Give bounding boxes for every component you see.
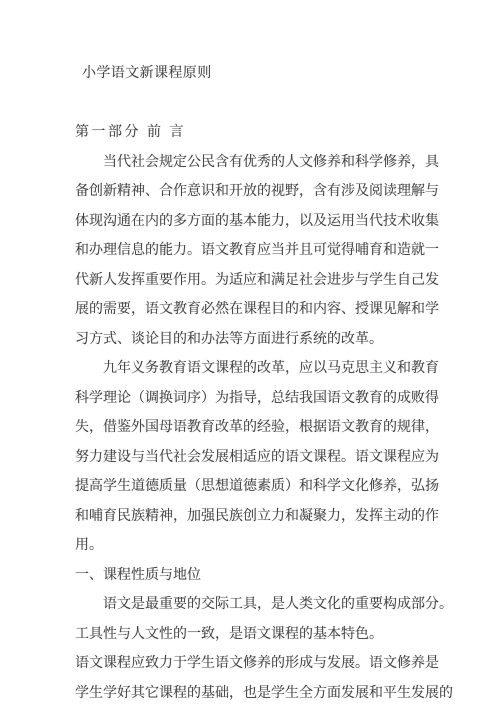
text-line: 展的需要，语文教育必然在课程目的和内容、授课见解和学	[75, 295, 427, 325]
document-title: 小学语文新课程原则	[75, 59, 427, 89]
text-line: 和办理信息的能力。语文教育应当并且可觉得哺育和造就一	[75, 236, 427, 266]
text-line: 体现沟通在内的多方面的基本能力，以及运用当代技术收集	[75, 207, 427, 237]
text-line: 提高学生道德质量（思想道德素质）和科学文化修养，弘扬	[75, 472, 427, 502]
text-line: 语文是最重要的交际工具，是人类文化的重要构成部分。	[75, 590, 427, 620]
text-line: 语文课程应致力于学生语文修养的形成与发展。语文修养是	[75, 649, 427, 679]
text-line: 努力建设与当代社会发展相适应的语文课程。语文课程应为	[75, 443, 427, 473]
text-line: 当代社会规定公民含有优秀的人文修养和科学修养，具	[75, 148, 427, 178]
text-line: 备创新精神、合作意识和开放的视野，含有涉及阅读理解与	[75, 177, 427, 207]
text-line: 工具性与人文性的一致，是语文课程的基本特色。	[75, 620, 427, 650]
text-line: 代新人发挥重要作用。为适应和满足社会进步与学生自己发	[75, 266, 427, 296]
document-text-block: 小学语文新课程原则第一部分 前 言当代社会规定公民含有优秀的人文修养和科学修养，…	[75, 59, 427, 708]
document-page: 小学语文新课程原则第一部分 前 言当代社会规定公民含有优秀的人文修养和科学修养，…	[0, 0, 500, 708]
blank-line	[75, 89, 427, 119]
text-line: 学生学好其它课程的基础，也是学生全方面发展和平生发展的	[75, 679, 427, 708]
text-line: 科学理论（调换词序）为指导，总结我国语文教育的成败得	[75, 384, 427, 414]
section-heading: 第一部分 前 言	[75, 118, 427, 148]
text-line: 失，借鉴外国母语教育改革的经验，根据语文教育的规律，	[75, 413, 427, 443]
text-line: 用。	[75, 531, 427, 561]
text-line: 和哺育民族精神，加强民族创立力和凝聚力，发挥主动的作	[75, 502, 427, 532]
text-line: 九年义务教育语文课程的改革，应以马克思主义和教育	[75, 354, 427, 384]
text-line: 一、课程性质与地位	[75, 561, 427, 591]
text-line: 习方式、谈论目的和办法等方面进行系统的改革。	[75, 325, 427, 355]
